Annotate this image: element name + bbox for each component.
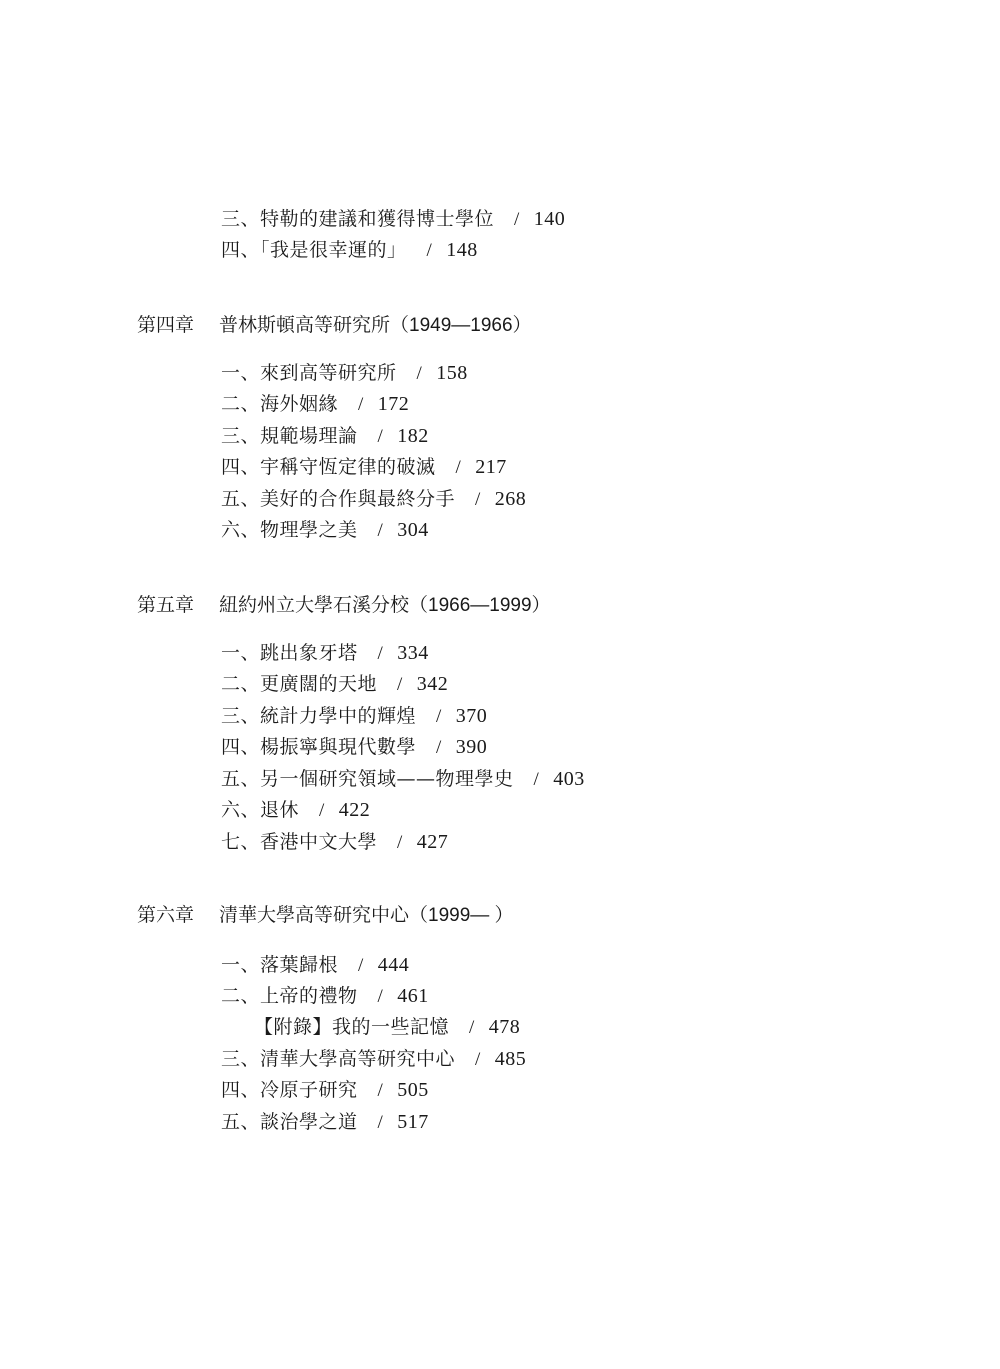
page-separator: / [378,519,384,543]
page-separator: / [378,985,384,1009]
entry-title: 二、更廣闊的天地 [221,673,377,695]
entry-title: 五、談治學之道 [221,1111,358,1133]
page-number: 505 [397,1079,429,1101]
page-number: 140 [534,208,566,230]
toc-entry: 四、「我是很幸運的」/148 [221,238,478,263]
toc-entry: 【附錄】我的一些記憶/478 [254,1015,520,1040]
page-number: 403 [553,768,585,790]
toc-entry: 三、規範場理論/182 [221,424,429,449]
toc-entry: 五、談治學之道/517 [221,1110,429,1135]
entry-title: 三、特勒的建議和獲得博士學位 [221,208,494,230]
page-number: 422 [339,799,371,821]
page-separator: / [427,239,433,263]
entry-title: 四、「我是很幸運的」 [221,239,407,261]
page-number: 334 [397,642,429,664]
page-separator: / [378,1079,384,1103]
chapter-number: 第四章 [137,312,219,338]
entry-title: 二、海外姻緣 [221,393,338,415]
page-separator: / [469,1016,475,1040]
toc-entry: 三、特勒的建議和獲得博士學位/140 [221,207,565,232]
chapter-years: （1966—1999） [409,595,551,616]
entry-title: 三、規範場理論 [221,425,358,447]
page-number: 268 [495,488,527,510]
page-number: 517 [397,1111,429,1133]
page-number: 478 [489,1016,521,1038]
toc-entry: 六、物理學之美/304 [221,518,429,543]
entry-title: 四、宇稱守恆定律的破滅 [221,456,436,478]
entry-title: 二、上帝的禮物 [221,985,358,1007]
page-number: 461 [397,985,429,1007]
entry-title: 【附錄】我的一些記憶 [254,1016,449,1038]
page-separator: / [397,831,403,855]
page-number: 427 [417,831,449,853]
toc-entry: 二、海外姻緣/172 [221,392,409,417]
toc-entry: 七、香港中文大學/427 [221,830,448,855]
toc-entry: 二、上帝的禮物/461 [221,984,429,1009]
toc-entry: 二、更廣闊的天地/342 [221,672,448,697]
toc-entry: 四、冷原子研究/505 [221,1078,429,1103]
chapter-heading: 第五章紐約州立大學石溪分校（1966—1999） [137,592,551,619]
chapter-title: 普林斯頓高等研究所 [219,314,390,336]
toc-entry: 六、退休/422 [221,798,370,823]
page-separator: / [358,954,364,978]
page-separator: / [534,768,540,792]
page-separator: / [514,208,520,232]
page-number: 217 [475,456,507,478]
page-separator: / [417,362,423,386]
toc-entry: 五、美好的合作與最終分手/268 [221,487,526,512]
toc-entry: 五、另一個研究領域——物理學史/403 [221,767,585,792]
toc-entry: 一、跳出象牙塔/334 [221,641,429,666]
page-separator: / [378,425,384,449]
page-separator: / [456,456,462,480]
entry-title: 一、跳出象牙塔 [221,642,358,664]
page-number: 390 [456,736,488,758]
chapter-heading: 第六章清華大學高等研究中心（1999— ） [137,902,514,929]
entry-title: 六、退休 [221,799,299,821]
chapter-title: 清華大學高等研究中心 [219,904,409,926]
page-number: 304 [397,519,429,541]
page-separator: / [436,705,442,729]
chapter-years: （1949—1966） [390,315,532,336]
entry-title: 四、楊振寧與現代數學 [221,736,416,758]
page-separator: / [319,799,325,823]
toc-entry: 一、來到高等研究所/158 [221,361,468,386]
page-separator: / [397,673,403,697]
chapter-number: 第六章 [137,902,219,928]
toc-entry: 三、統計力學中的輝煌/370 [221,704,487,729]
entry-title: 五、美好的合作與最終分手 [221,488,455,510]
entry-title: 六、物理學之美 [221,519,358,541]
page-separator: / [475,1048,481,1072]
toc-entry: 四、宇稱守恆定律的破滅/217 [221,455,507,480]
page-separator: / [378,642,384,666]
page-separator: / [378,1111,384,1135]
entry-title: 一、來到高等研究所 [221,362,397,384]
page-number: 172 [378,393,410,415]
entry-title: 三、統計力學中的輝煌 [221,705,416,727]
entry-title: 四、冷原子研究 [221,1079,358,1101]
chapter-title: 紐約州立大學石溪分校 [219,594,409,616]
toc-entry: 四、楊振寧與現代數學/390 [221,735,487,760]
page-number: 148 [446,239,478,261]
chapter-years: （1999— ） [409,905,514,926]
chapter-heading: 第四章普林斯頓高等研究所（1949—1966） [137,312,532,339]
entry-title: 三、清華大學高等研究中心 [221,1048,455,1070]
toc-entry: 三、清華大學高等研究中心/485 [221,1047,526,1072]
entry-title: 七、香港中文大學 [221,831,377,853]
page-separator: / [358,393,364,417]
page-number: 342 [417,673,449,695]
page-separator: / [436,736,442,760]
entry-title: 五、另一個研究領域——物理學史 [221,768,514,790]
page-separator: / [475,488,481,512]
chapter-number: 第五章 [137,592,219,618]
page-number: 182 [397,425,429,447]
page-number: 370 [456,705,488,727]
page-number: 158 [436,362,468,384]
page-number: 444 [378,954,410,976]
toc-entry: 一、落葉歸根/444 [221,953,409,978]
entry-title: 一、落葉歸根 [221,954,338,976]
page-number: 485 [495,1048,527,1070]
